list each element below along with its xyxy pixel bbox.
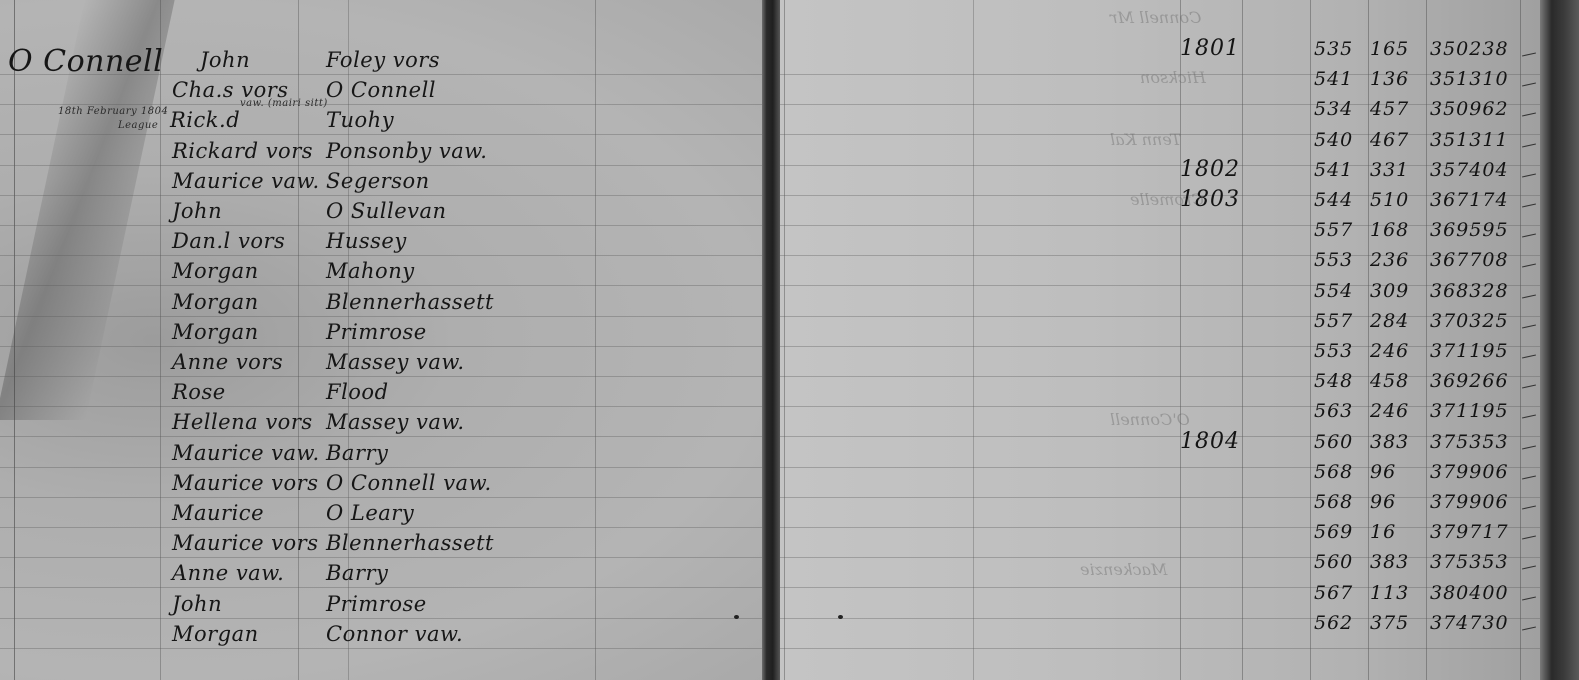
check-mark [1522, 536, 1536, 540]
margin-note-date: 18th February 1804 [58, 106, 168, 117]
year-column-right-rule [1242, 0, 1243, 680]
register-number: 379906 [1430, 491, 1509, 513]
ruled-line [780, 316, 1540, 317]
ruled-line [0, 165, 768, 166]
given-name: John [200, 48, 250, 72]
family-name: Primrose [326, 592, 427, 616]
year-entry: 1802 [1180, 157, 1240, 182]
given-name: Dan.l vors [172, 229, 285, 253]
vol-column-rule [1310, 0, 1311, 680]
show-through-text: Hickson [1140, 68, 1206, 87]
given-name: Anne vors [172, 350, 283, 374]
given-name: John [172, 199, 222, 223]
ruled-line [0, 74, 768, 75]
folio-number: 96 [1370, 461, 1396, 483]
ruled-line [0, 587, 768, 588]
register-number: 370325 [1430, 310, 1509, 332]
ruled-line [780, 165, 1540, 166]
family-name: O Leary [326, 501, 414, 525]
check-mark [1522, 173, 1536, 177]
family-name: Massey vaw. [326, 410, 465, 434]
volume-number: 534 [1314, 98, 1353, 120]
family-name: Mahony [326, 259, 415, 283]
register-number: 371195 [1430, 400, 1509, 422]
register-number: 375353 [1430, 551, 1509, 573]
register-number: 371195 [1430, 340, 1509, 362]
check-mark [1522, 506, 1536, 510]
check-mark [1522, 475, 1536, 479]
register-number: 379906 [1430, 461, 1509, 483]
folio-number: 510 [1370, 189, 1409, 211]
given-name: Maurice vors [172, 531, 319, 555]
ruled-line [780, 648, 1540, 649]
ruled-line [780, 406, 1540, 407]
given-name: John [172, 592, 222, 616]
ruled-line [0, 104, 768, 105]
ruled-line [0, 346, 768, 347]
given-name: Hellena vors [172, 410, 313, 434]
show-through-text: Mackenzie [1080, 560, 1167, 579]
show-through-text: Connell Mr [1110, 8, 1201, 27]
ink-spot [734, 615, 739, 619]
given-name: Maurice vaw. [172, 169, 320, 193]
ruled-line [780, 618, 1540, 619]
volume-number: 569 [1314, 521, 1353, 543]
folio-number: 375 [1370, 612, 1409, 634]
volume-number: 544 [1314, 189, 1353, 211]
folio-number: 113 [1370, 582, 1409, 604]
register-number: 350962 [1430, 98, 1509, 120]
check-mark [1522, 355, 1536, 359]
register-number: 369266 [1430, 370, 1509, 392]
volume-number: 567 [1314, 582, 1353, 604]
volume-number: 560 [1314, 551, 1353, 573]
volume-number: 535 [1314, 38, 1353, 60]
ruled-line [0, 285, 768, 286]
year-column-left-rule [1180, 0, 1181, 680]
ruled-line [780, 436, 1540, 437]
ruled-line [0, 436, 768, 437]
volume-number: 553 [1314, 249, 1353, 271]
register-number: 380400 [1430, 582, 1509, 604]
check-mark [1522, 445, 1536, 449]
family-name: Massey vaw. [326, 350, 465, 374]
ruled-line [0, 195, 768, 196]
given-name: Maurice vaw. [172, 441, 320, 465]
family-name: Flood [326, 380, 389, 404]
check-mark [1522, 204, 1536, 208]
ruled-line [0, 527, 768, 528]
volume-number: 563 [1314, 400, 1353, 422]
given-name: Maurice vors [172, 471, 319, 495]
given-name: Morgan [172, 622, 259, 646]
ruled-line [780, 195, 1540, 196]
volume-number: 557 [1314, 310, 1353, 332]
folio-number: 236 [1370, 249, 1409, 271]
folio-number: 331 [1370, 159, 1409, 181]
family-name: Foley vors [326, 48, 440, 72]
family-name: O Connell [326, 78, 436, 102]
year-entry: 1801 [1180, 36, 1240, 61]
check-mark [1522, 596, 1536, 600]
ruled-line [780, 255, 1540, 256]
ruled-line [0, 497, 768, 498]
column-rule [595, 0, 596, 680]
page-edge [1540, 0, 1579, 680]
family-name: Blennerhassett [326, 290, 494, 314]
family-name: Blennerhassett [326, 531, 494, 555]
family-name: Connor vaw. [326, 622, 463, 646]
given-name: Morgan [172, 259, 259, 283]
register-number: 367708 [1430, 249, 1509, 271]
volume-number: 548 [1314, 370, 1353, 392]
column-rule [973, 0, 974, 680]
ruled-line [780, 225, 1540, 226]
family-name: Ponsonby vaw. [326, 139, 487, 163]
folio-number: 136 [1370, 68, 1409, 90]
volume-number: 553 [1314, 340, 1353, 362]
show-through-text: Tenn Kal [1110, 130, 1181, 149]
family-name: O Sullevan [326, 199, 447, 223]
ruled-line [780, 527, 1540, 528]
family-name: Segerson [326, 169, 430, 193]
register-number: 350238 [1430, 38, 1509, 60]
ruled-line [780, 376, 1540, 377]
family-name: Barry [326, 441, 388, 465]
folio-number: 309 [1370, 280, 1409, 302]
left-page: O Connell 18th February 1804 League vaw.… [0, 0, 768, 680]
given-name: Maurice [172, 501, 264, 525]
ruled-line [780, 497, 1540, 498]
year-entry: 1803 [1180, 187, 1240, 212]
ledger-spread: O Connell 18th February 1804 League vaw.… [0, 0, 1579, 680]
ruled-line [0, 467, 768, 468]
ruled-line [780, 467, 1540, 468]
given-name: Rickard vors [172, 139, 313, 163]
ruled-line [0, 134, 768, 135]
register-number: 374730 [1430, 612, 1509, 634]
register-number: 351310 [1430, 68, 1509, 90]
right-page: Connell Mr Hickson Tenn Kal Cromelle O'C… [780, 0, 1540, 680]
folio-column-rule [1368, 0, 1369, 680]
volume-number: 562 [1314, 612, 1353, 634]
given-name: Rick.d [170, 108, 240, 132]
ruled-line [780, 134, 1540, 135]
ruled-line [0, 255, 768, 256]
register-number: 351311 [1430, 129, 1509, 151]
folio-number: 458 [1370, 370, 1409, 392]
check-mark [1522, 626, 1536, 630]
ruled-line [780, 74, 1540, 75]
folio-number: 168 [1370, 219, 1409, 241]
ruled-line [0, 648, 768, 649]
register-number: 375353 [1430, 431, 1509, 453]
check-mark [1522, 415, 1536, 419]
check-mark [1522, 234, 1536, 238]
given-name: Morgan [172, 320, 259, 344]
margin-rule [14, 0, 15, 680]
folio-number: 246 [1370, 400, 1409, 422]
ruled-line [0, 225, 768, 226]
check-mark [1522, 53, 1536, 57]
family-name: Tuohy [326, 108, 394, 132]
check-mark [1522, 113, 1536, 117]
folio-number: 467 [1370, 129, 1409, 151]
show-through-text: O'Connell [1110, 410, 1190, 429]
ruled-line [780, 346, 1540, 347]
number-column-rule [1426, 0, 1427, 680]
check-mark [1522, 324, 1536, 328]
column-rule [160, 0, 161, 680]
given-name: Rose [172, 380, 226, 404]
given-name: Morgan [172, 290, 259, 314]
family-name: Primrose [326, 320, 427, 344]
folio-number: 246 [1370, 340, 1409, 362]
check-column-rule [1520, 0, 1521, 680]
book-gutter [762, 0, 780, 680]
volume-number: 541 [1314, 159, 1353, 181]
volume-number: 560 [1314, 431, 1353, 453]
check-mark [1522, 264, 1536, 268]
ruled-line [780, 285, 1540, 286]
folio-number: 383 [1370, 551, 1409, 573]
ruled-line [780, 104, 1540, 105]
ruled-line [780, 557, 1540, 558]
register-number: 368328 [1430, 280, 1509, 302]
ruled-line [0, 376, 768, 377]
given-name: Cha.s vors [172, 78, 289, 102]
year-entry: 1804 [1180, 429, 1240, 454]
volume-number: 541 [1314, 68, 1353, 90]
folio-number: 165 [1370, 38, 1409, 60]
volume-number: 554 [1314, 280, 1353, 302]
ruled-line [780, 587, 1540, 588]
family-name: Barry [326, 561, 388, 585]
volume-number: 557 [1314, 219, 1353, 241]
family-name: O Connell vaw. [326, 471, 492, 495]
register-number: 379717 [1430, 521, 1509, 543]
volume-number: 568 [1314, 491, 1353, 513]
check-mark [1522, 143, 1536, 147]
check-mark [1522, 294, 1536, 298]
register-number: 357404 [1430, 159, 1509, 181]
folio-number: 16 [1370, 521, 1396, 543]
register-number: 369595 [1430, 219, 1509, 241]
folio-number: 457 [1370, 98, 1409, 120]
ruled-line [0, 316, 768, 317]
ruled-line [0, 557, 768, 558]
folio-number: 383 [1370, 431, 1409, 453]
check-mark [1522, 83, 1536, 87]
folio-number: 96 [1370, 491, 1396, 513]
folio-number: 284 [1370, 310, 1409, 332]
margin-note-place: League [118, 120, 158, 131]
ink-spot [838, 615, 843, 619]
check-mark [1522, 566, 1536, 570]
ruled-line [0, 618, 768, 619]
ruled-line [0, 406, 768, 407]
check-mark [1522, 385, 1536, 389]
given-name: Anne vaw. [172, 561, 284, 585]
register-number: 367174 [1430, 189, 1509, 211]
margin-rule [784, 0, 785, 680]
volume-number: 568 [1314, 461, 1353, 483]
family-name: Hussey [326, 229, 407, 253]
volume-number: 540 [1314, 129, 1353, 151]
